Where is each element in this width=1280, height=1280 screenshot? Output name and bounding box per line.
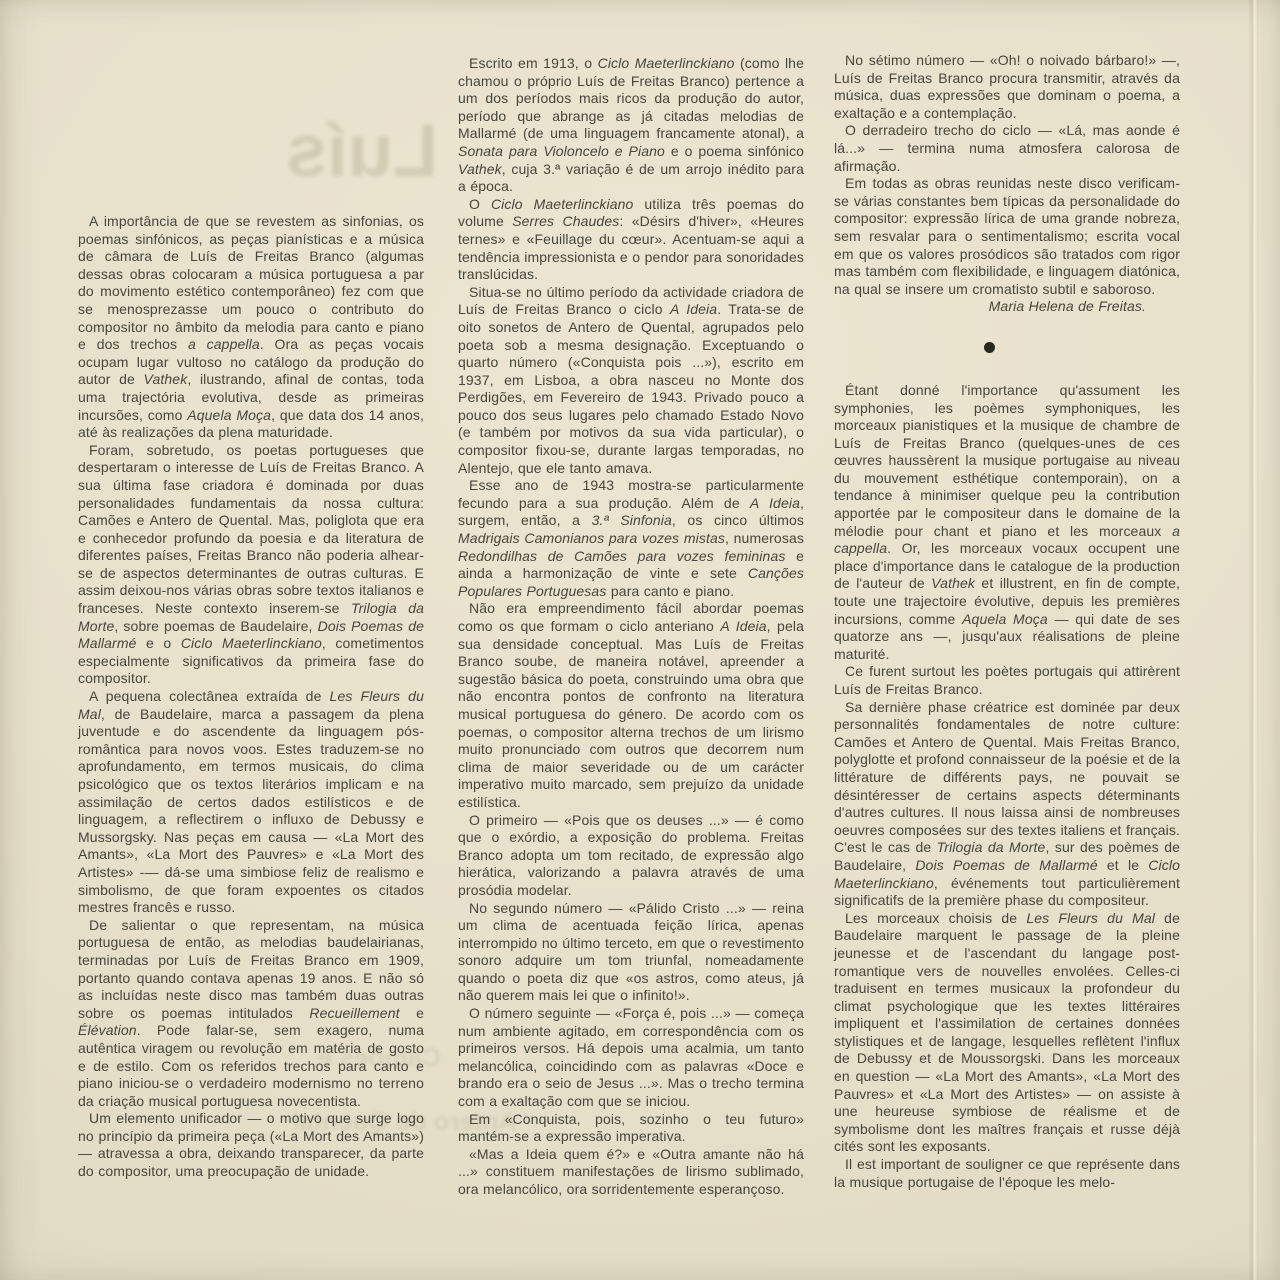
italic-work-title: A Ideia [750,495,800,511]
column-right: No sétimo número — «Oh! o noivado bárbar… [834,52,1180,1191]
paragraph: Um elemento unificador — o motivo que su… [78,1110,424,1180]
showthrough-title-ghost: Luís [286,108,438,193]
paragraph: Situa-se no último período da actividade… [458,284,804,478]
column-portuguese-left: A importância de que se revestem as sinf… [78,213,424,1181]
paper-crease [1248,0,1258,1280]
italic-work-title: Vathek [144,371,188,387]
italic-work-title: Serres Chaudes [512,213,619,229]
column-portuguese-middle: Escrito em 1913, o Ciclo Maeterlinckiano… [458,55,804,1199]
author-signature: Maria Helena de Freitas. [834,298,1180,316]
paragraph: O número seguinte — «Força é, pois ...» … [458,1005,804,1111]
paragraph: No segundo número — «Pálido Cristo ...» … [458,900,804,1006]
paragraph: No sétimo número — «Oh! o noivado bárbar… [834,52,1180,122]
liner-notes-page: Luís Camões e Antero de Quental A import… [0,0,1280,1280]
paragraph: O primeiro — «Pois que os deuses ...» — … [458,812,804,900]
italic-work-title: 3.ª Sinfonia [592,512,672,528]
french-translation: Étant donné l'importance qu'assument les… [834,382,1180,1191]
paragraph: Em todas as obras reunidas neste disco v… [834,175,1180,298]
italic-work-title: Élévation [78,1022,137,1038]
paragraph: Esse ano de 1943 mostra-se particularmen… [458,477,804,600]
italic-work-title: Aquela Moça [962,611,1048,627]
italic-work-title: Aquela Moça [187,407,271,423]
italic-work-title: Les Fleurs du Mal [78,688,424,722]
paragraph: Sa dernière phase créatrice est dominée … [834,699,1180,910]
italic-work-title: Vathek [931,575,975,591]
paragraph: Ce furent surtout les poètes portugais q… [834,663,1180,698]
portuguese-conclusion: No sétimo número — «Oh! o noivado bárbar… [834,52,1180,298]
paragraph: Foram, sobretudo, os poetas portugueses … [78,442,424,688]
paragraph: A importância de que se revestem as sinf… [78,213,424,442]
italic-work-title: Ciclo Maeterlinckiano [491,196,634,212]
italic-work-title: Les Fleurs du Mal [1026,910,1155,926]
paragraph: Não era empreendimento fácil abordar poe… [458,600,804,811]
italic-work-title: Ciclo Maeterlinckiano [598,55,735,71]
italic-work-title: Dois Poemas de Mallarmé [915,857,1097,873]
italic-work-title: Recueillement [309,1005,399,1021]
italic-work-title: A Ideia [670,301,717,317]
paragraph: Escrito em 1913, o Ciclo Maeterlinckiano… [458,55,804,196]
italic-work-title: Ciclo Maeterlinckiano [181,635,322,651]
italic-work-title: a cappella [834,523,1180,557]
italic-work-title: a cappella [188,336,260,352]
italic-work-title: Redondilhas de Camões para vozes feminin… [458,548,785,564]
paragraph: De salientar o que representam, na músic… [78,917,424,1111]
paragraph: Il est important de souligner ce que rep… [834,1156,1180,1191]
italic-work-title: Madrigais Camonianos para vozes mistas [458,530,725,546]
italic-work-title: Canções Populares Portuguesas [458,565,804,599]
paragraph: «Mas a Ideia quem é?» e «Outra amante nã… [458,1146,804,1199]
italic-work-title: A Ideia [720,618,766,634]
paragraph: Em «Conquista, pois, sozinho o teu futur… [458,1111,804,1146]
paragraph: O Ciclo Maeterlinckiano utiliza três poe… [458,196,804,284]
paragraph: A pequena colectânea extraída de Les Fle… [78,688,424,917]
italic-work-title: Trilogia da Morte [937,839,1046,855]
paragraph: Les morceaux choisis de Les Fleurs du Ma… [834,910,1180,1156]
paragraph: Étant donné l'importance qu'assument les… [834,382,1180,664]
section-separator-dot [984,342,995,353]
paragraph: O derradeiro trecho do ciclo — «Lá, mas … [834,122,1180,175]
italic-work-title: Vathek [458,161,502,177]
italic-work-title: Sonata para Violoncelo e Piano [458,143,665,159]
